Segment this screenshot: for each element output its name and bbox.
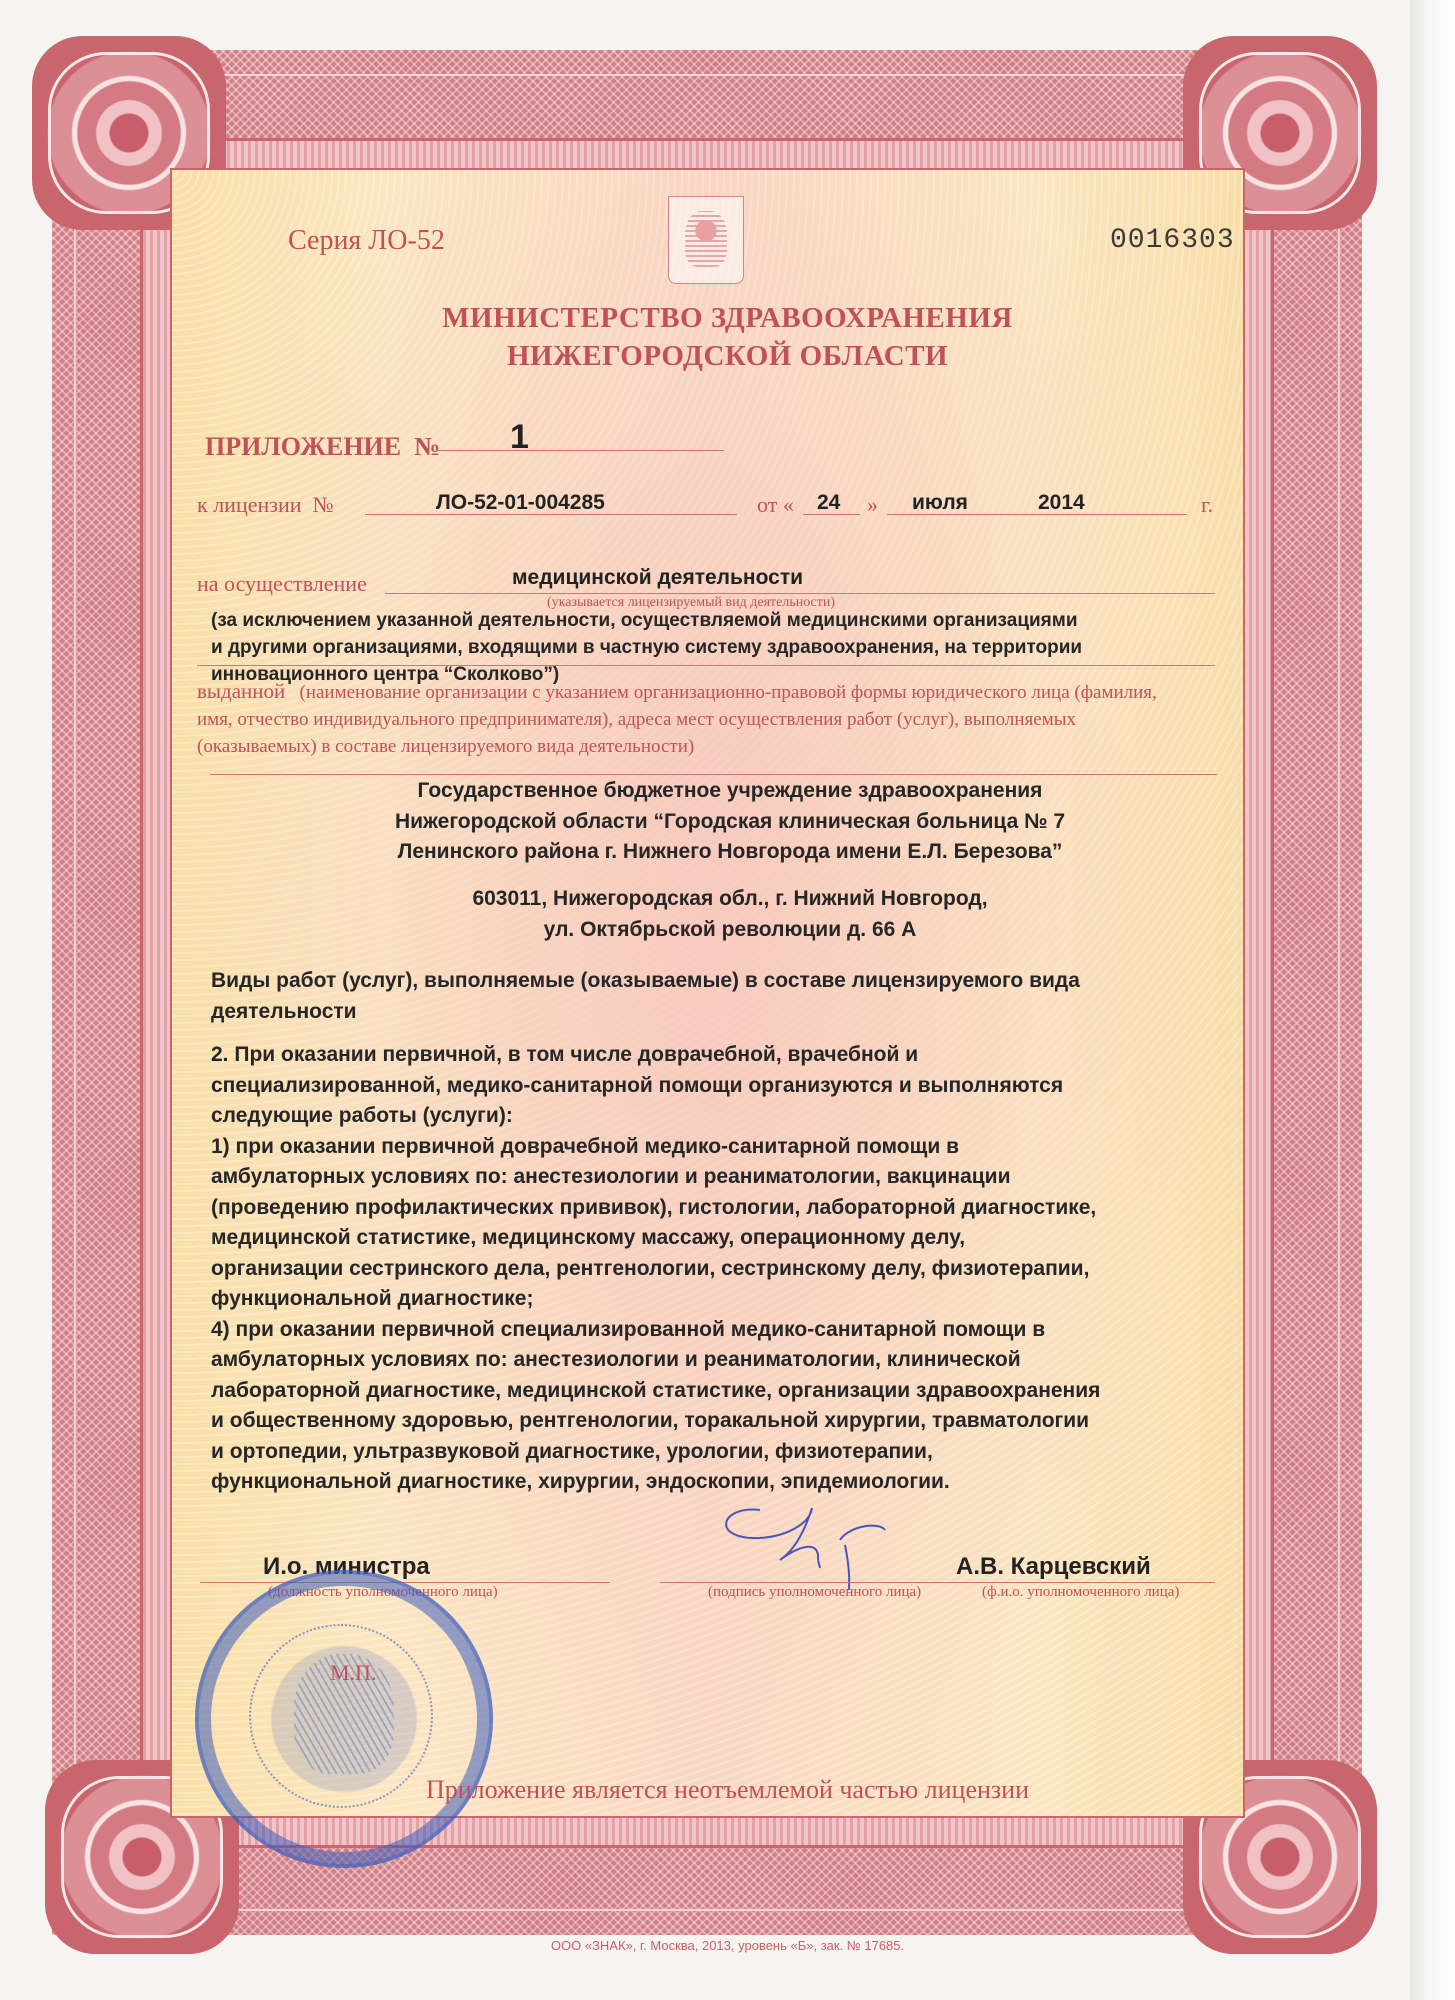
form-number: 0016303: [1110, 225, 1235, 256]
handwritten-signature-icon: [700, 1500, 900, 1590]
license-day-close: »: [867, 492, 878, 518]
appendix-number-line: [438, 450, 724, 451]
organization-name: Государственное бюджетное учреждение здр…: [200, 776, 1260, 868]
service-line: следующие работы (услуги):: [211, 1101, 1231, 1132]
activity-value: медицинской деятельности: [512, 566, 803, 590]
appendix-footer-note: Приложение является неотъемлемой частью …: [0, 1775, 1455, 1805]
organization-address: 603011, Нижегородская обл., г. Нижний Но…: [200, 884, 1260, 945]
service-line: специализированной, медико-санитарной по…: [211, 1071, 1231, 1102]
services-list: 2. При оказании первичной, в том числе д…: [211, 1040, 1231, 1498]
service-line: (проведению профилактических прививок), …: [211, 1193, 1231, 1224]
scanner-edge: [1410, 0, 1455, 2000]
issued-to-label: выданной: [197, 679, 285, 703]
organization-line: Нижегородской области “Городская клиниче…: [200, 807, 1260, 838]
service-line: 2. При оказании первичной, в том числе д…: [211, 1040, 1231, 1071]
activity-label: на осуществление: [197, 571, 367, 597]
series-label: Серия ЛО-52: [288, 225, 445, 257]
heading-line: Виды работ (услуг), выполняемые (оказыва…: [211, 966, 1231, 997]
signature-hint: (подпись уполномоченного лица): [708, 1584, 921, 1601]
address-line: 603011, Нижегородская обл., г. Нижний Но…: [200, 884, 1260, 915]
service-line: амбулаторных условиях по: анестезиологии…: [211, 1345, 1231, 1376]
russian-coat-of-arms-icon: [668, 196, 744, 284]
organization-line: [210, 774, 1217, 775]
license-number: ЛО-52-01-004285: [436, 491, 605, 515]
signatory-name: А.В. Карцевский: [956, 1553, 1151, 1581]
issued-to-hint: (наименование организации с указанием ор…: [300, 682, 1157, 703]
issued-to-hint: (оказываемых) в составе лицензируемого в…: [197, 733, 1227, 760]
issued-to-block: выданной (наименование организации с ука…: [197, 678, 1227, 760]
license-date-prefix: от «: [757, 492, 794, 518]
ministry-title-line2: НИЖЕГОРОДСКОЙ ОБЛАСТИ: [0, 340, 1455, 373]
name-hint: (ф.и.о. уполномоченного лица): [982, 1584, 1179, 1601]
services-heading: Виды работ (услуг), выполняемые (оказыва…: [211, 966, 1231, 1027]
organization-line: Ленинского района г. Нижнего Новгорода и…: [200, 837, 1260, 868]
license-year: 2014: [1038, 491, 1085, 515]
exclusion-line: и другими организациями, входящими в час…: [211, 634, 1231, 661]
license-label: к лицензии №: [197, 492, 333, 518]
seal-placeholder-label: М.П.: [330, 1660, 376, 1686]
exclusion-line: (за исключением указанной деятельности, …: [211, 607, 1231, 634]
service-line: 4) при оказании первичной специализирова…: [211, 1315, 1231, 1346]
organization-line: Государственное бюджетное учреждение здр…: [200, 776, 1260, 807]
appendix-label: ПРИЛОЖЕНИЕ №: [205, 432, 440, 462]
license-year-suffix: г.: [1201, 492, 1213, 518]
official-seal: ПРАВИТЕЛЬСТВО НИЖЕГОРОДСКОЙ ОБЛАСТИ: [195, 1570, 493, 1868]
printer-imprint: ООО «ЗНАК», г. Москва, 2013, уровень «Б»…: [0, 1938, 1455, 1953]
license-day: 24: [817, 491, 840, 515]
activity-exclusion: (за исключением указанной деятельности, …: [211, 607, 1231, 688]
service-line: и общественному здоровью, рентгенологии,…: [211, 1406, 1231, 1437]
service-line: лабораторной диагностике, медицинской ст…: [211, 1376, 1231, 1407]
heading-line: деятельности: [211, 997, 1231, 1028]
name-line: [955, 1582, 1215, 1583]
service-line: функциональной диагностике;: [211, 1284, 1231, 1315]
service-line: и ортопедии, ультразвуковой диагностике,…: [211, 1437, 1231, 1468]
appendix-number: 1: [510, 418, 529, 457]
service-line: функциональной диагностике, хирургии, эн…: [211, 1467, 1231, 1498]
service-line: медицинской статистике, медицинскому мас…: [211, 1223, 1231, 1254]
license-month: июля: [912, 491, 968, 515]
issued-to-hint: имя, отчество индивидуального предприним…: [197, 706, 1227, 733]
service-line: организации сестринского дела, рентгенол…: [211, 1254, 1231, 1285]
double-headed-eagle-icon: [685, 211, 727, 267]
exclusion-underline: [197, 665, 1215, 666]
address-line: ул. Октябрьской революции д. 66 А: [200, 915, 1260, 946]
service-line: 1) при оказании первичной доврачебной ме…: [211, 1132, 1231, 1163]
ministry-title-line1: МИНИСТЕРСТВО ЗДРАВООХРАНЕНИЯ: [0, 302, 1455, 335]
service-line: амбулаторных условиях по: анестезиологии…: [211, 1162, 1231, 1193]
activity-line: [385, 593, 1215, 594]
